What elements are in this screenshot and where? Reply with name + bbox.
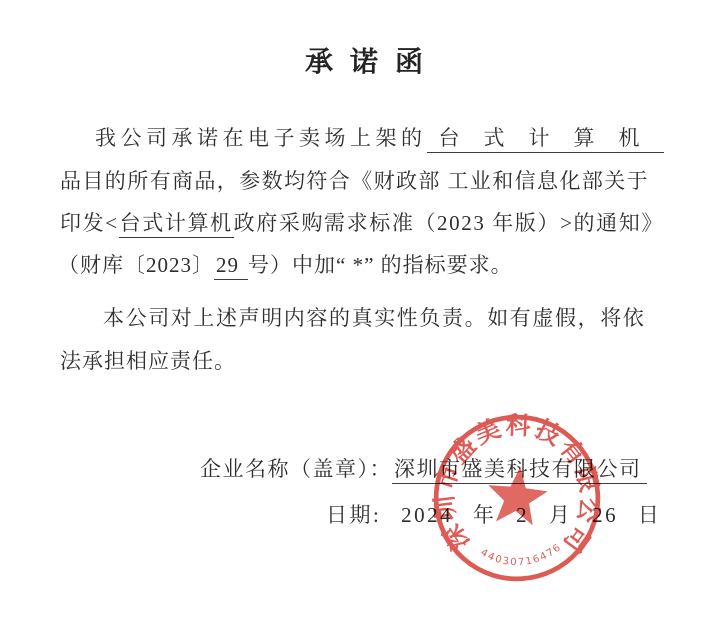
page-title: 承诺函 xyxy=(305,44,440,82)
paragraph1-line4: （财库〔2023〕29号）中加“ *” 的指标要求。 xyxy=(58,251,513,279)
signature-line: 企业名称（盖章）：深圳市盛美科技有限公司 xyxy=(200,455,647,483)
paragraph1-line1: 我公司承诺在电子卖场上架的台式计算机 xyxy=(95,124,664,152)
p1-line4-underlined-number: 29 xyxy=(214,253,248,280)
company-seal-stamp: 深圳市盛美科技有限公司 4403071647643 xyxy=(405,386,629,610)
date-line: 日期: 2024 年 2 月 26 日 xyxy=(326,501,661,529)
company-name-label: 企业名称（盖章）： xyxy=(200,457,392,481)
p1-line3-prefix: 印发< xyxy=(60,211,119,235)
p1-line1-text: 我公司承诺在电子卖场上架的 xyxy=(95,126,427,150)
svg-text:深圳市盛美科技有限公司: 深圳市盛美科技有限公司 xyxy=(424,405,608,569)
paragraph1-line2: 品目的所有商品，参数均符合《财政部 工业和信息化部关于 xyxy=(60,167,649,195)
paragraph2-line1: 本公司对上述声明内容的真实性负责。如有虚假，将依 xyxy=(103,304,645,332)
p1-line4-suffix: 号）中加“ *” 的指标要求。 xyxy=(248,253,513,277)
p1-line4-prefix: （财库〔2023〕 xyxy=(58,253,214,277)
seal-svg: 深圳市盛美科技有限公司 4403071647643 xyxy=(405,386,629,610)
document-page: 承诺函 我公司承诺在电子卖场上架的台式计算机 品目的所有商品，参数均符合《财政部… xyxy=(0,0,709,620)
seal-company-name-arc: 深圳市盛美科技有限公司 xyxy=(424,405,608,569)
p1-line3-underlined-product: 台式计算机 xyxy=(119,211,234,238)
paragraph2-line2: 法承担相应责任。 xyxy=(60,347,236,375)
p1-line1-underlined-product: 台式计算机 xyxy=(427,126,664,153)
p1-line3-suffix: 政府采购需求标准（2023 年版）>的通知》 xyxy=(234,211,664,235)
seal-circle-border xyxy=(431,412,604,585)
company-name-value: 深圳市盛美科技有限公司 xyxy=(392,457,647,484)
paragraph1-line3: 印发<台式计算机政府采购需求标准（2023 年版）>的通知》 xyxy=(60,209,664,237)
